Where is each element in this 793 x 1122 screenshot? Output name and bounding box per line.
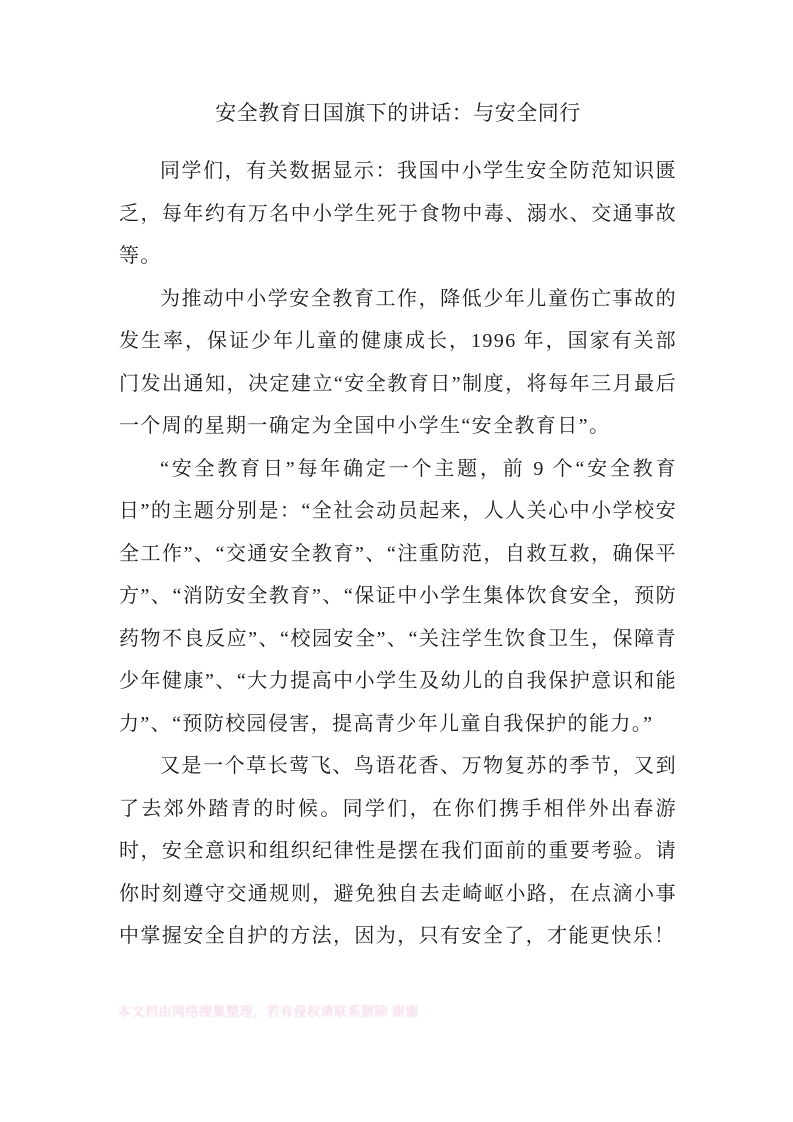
document-title: 安全教育日国旗下的讲话：与安全同行: [119, 96, 677, 130]
document-page: 安全教育日国旗下的讲话：与安全同行 同学们，有关数据显示：我国中小学生安全防范知…: [0, 0, 793, 1122]
document-content: 安全教育日国旗下的讲话：与安全同行 同学们，有关数据显示：我国中小学生安全防范知…: [119, 96, 677, 958]
paragraph-1: 同学们，有关数据显示：我国中小学生安全防范知识匮乏，每年约有万名中小学生死于食物…: [119, 150, 677, 278]
paragraph-4: 又是一个草长莺飞、鸟语花香、万物复苏的季节，又到了去郊外踏青的时候。同学们，在你…: [119, 745, 677, 958]
watermark: 本文档由网络搜集整理，若有侵权请联系删除 谢谢: [118, 1003, 419, 1021]
paragraph-3: “安全教育日”每年确定一个主题，前 9 个“安全教育日”的主题分别是：“全社会动…: [119, 448, 677, 746]
document-body: 同学们，有关数据显示：我国中小学生安全防范知识匮乏，每年约有万名中小学生死于食物…: [119, 150, 677, 958]
paragraph-2: 为推动中小学安全教育工作，降低少年儿童伤亡事故的发生率，保证少年儿童的健康成长，…: [119, 278, 677, 448]
